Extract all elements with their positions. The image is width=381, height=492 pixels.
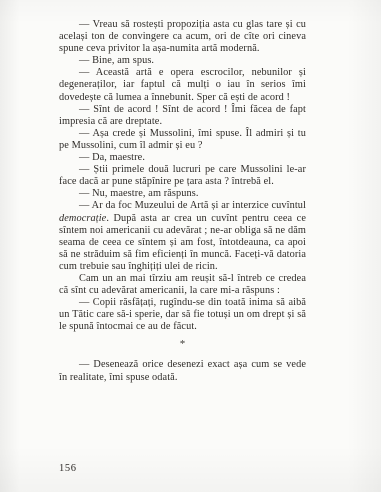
paragraph: — Copii răsfățați, rugîndu-se din toată … [59, 297, 306, 333]
paragraph: Cam un an mai tîrziu am reușit să-l într… [59, 273, 306, 297]
text-run: — Așa crede și Mussolini, îmi spuse. Îl … [59, 128, 306, 151]
text-run: — Desenează orice desenezi exact așa cum… [59, 359, 306, 382]
text-run: — Această artă e opera escrocilor, nebun… [59, 67, 306, 102]
paragraph: — Vreau să rostești propoziția asta cu g… [59, 19, 306, 55]
text-run: — Ar da foc Muzeului de Artă și ar inter… [79, 200, 306, 211]
text-run: — Vreau să rostești propoziția asta cu g… [59, 19, 306, 54]
text-run: — Copii răsfățați, rugîndu-se din toată … [59, 297, 306, 332]
paragraph: — Sînt de acord ! Sînt de acord ! Îmi fă… [59, 104, 306, 128]
text-run: Cam un an mai tîrziu am reușit să-l într… [59, 273, 306, 296]
text-run: — Sînt de acord ! Sînt de acord ! Îmi fă… [59, 104, 306, 127]
paragraph: — Această artă e opera escrocilor, nebun… [59, 67, 306, 103]
section-separator: * [59, 338, 306, 350]
paragraph: — Nu, maestre, am răspuns. [59, 188, 306, 200]
paragraph: — Ar da foc Muzeului de Artă și ar inter… [59, 200, 306, 273]
text-run: — Nu, maestre, am răspuns. [79, 188, 199, 199]
text-run: — Bine, am spus. [79, 55, 154, 66]
book-page: — Vreau să rostești propoziția asta cu g… [0, 0, 381, 492]
text-run: — Da, maestre. [79, 152, 145, 163]
italic-text-run: democrație [59, 213, 106, 224]
text-column: — Vreau să rostești propoziția asta cu g… [59, 19, 306, 384]
text-run: — Știi primele două lucruri pe care Muss… [59, 164, 306, 187]
paragraph: — Știi primele două lucruri pe care Muss… [59, 164, 306, 188]
paragraph: — Da, maestre. [59, 152, 306, 164]
paragraph: — Bine, am spus. [59, 55, 306, 67]
paragraph: — Desenează orice desenezi exact așa cum… [59, 359, 306, 383]
paragraph: — Așa crede și Mussolini, îmi spuse. Îl … [59, 128, 306, 152]
page-number: 156 [59, 463, 77, 475]
